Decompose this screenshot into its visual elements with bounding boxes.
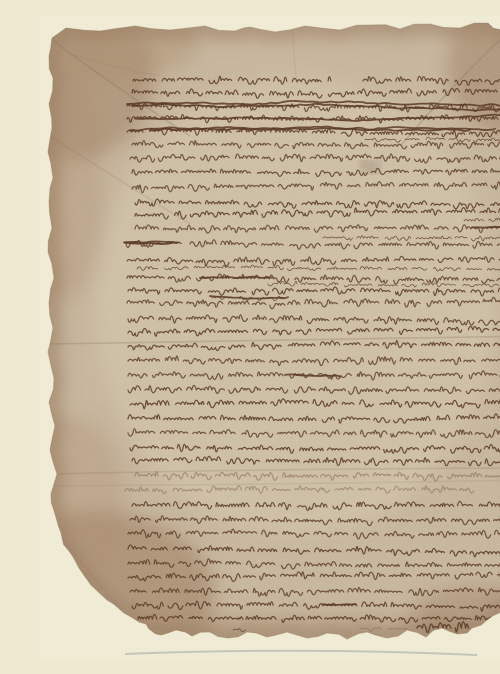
manuscript-photograph: Photograph of a single torn and stained …	[40, 16, 500, 658]
ink-blot	[359, 162, 365, 167]
strikethrough-stroke	[472, 227, 500, 228]
paper-sheet	[40, 16, 500, 658]
manuscript-canvas	[40, 16, 500, 658]
strikethrough-stroke	[323, 604, 356, 605]
strikethrough-stroke	[125, 241, 176, 242]
